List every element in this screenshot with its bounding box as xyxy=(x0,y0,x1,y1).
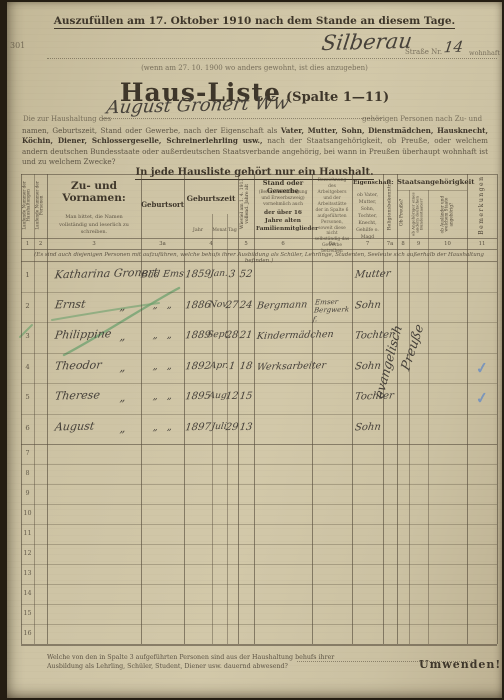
cell-remark-checkmark xyxy=(467,326,497,330)
table-hline xyxy=(21,584,497,585)
table-hline xyxy=(21,249,497,250)
row-number: 13 xyxy=(21,569,34,577)
street-no-handwritten: 14 xyxy=(443,38,465,56)
row-number: 15 xyxy=(21,609,34,617)
cell-age: 52 xyxy=(237,269,255,280)
row-number: 4 xyxy=(21,363,34,371)
table-vline xyxy=(141,174,142,644)
cell-name: Theodor xyxy=(54,358,102,372)
cell-employer xyxy=(314,358,351,359)
row-number: 5 xyxy=(21,393,34,401)
cell-birthplace: „ „ xyxy=(140,390,185,402)
table-hline xyxy=(21,353,497,354)
table-vline xyxy=(312,174,313,644)
name-rule-line xyxy=(102,118,382,119)
cell-name: Therese xyxy=(54,388,101,402)
scanned-census-form: { "document": { "top_instruction": "Ausz… xyxy=(0,0,504,700)
table-hline xyxy=(21,644,497,646)
column-number-5: 5 xyxy=(236,241,256,247)
cell-name-ditto: „ xyxy=(119,299,126,312)
document-paper: Auszufüllen am 17. Oktober 1910 nach dem… xyxy=(7,2,502,698)
col-header-religion: Religionsbekenntnis xyxy=(387,177,392,233)
page-title-suffix: (Spalte 1—11) xyxy=(286,90,389,105)
cell-occupation: Kindermädchen xyxy=(256,329,334,342)
cell-birthplace: „ „ xyxy=(140,421,185,433)
table-hline xyxy=(21,174,497,175)
col-header-names-title: Zu- und Vornamen: xyxy=(47,180,141,204)
table-hline xyxy=(397,190,467,191)
top-instruction: Auszufüllen am 17. Oktober 1910 nach dem… xyxy=(54,15,455,29)
col-header-birthdate: Geburtszeit xyxy=(184,194,238,203)
col-header-tag: Tag xyxy=(227,228,238,233)
col-header-names-sub: Man bittet, die Namen vollständig und le… xyxy=(51,214,137,237)
row-number: 12 xyxy=(21,549,34,557)
column-number-9: 9 xyxy=(409,241,429,247)
turn-over-label: Umwenden! xyxy=(419,658,501,671)
column-number-3: 3 xyxy=(84,241,104,247)
intro-body-plain: namen, Geburtszeit, Stand oder Gewerbe, … xyxy=(22,126,281,135)
col-header-occupation-bold: der über 16 Jahre alten Familienmitglied… xyxy=(256,210,310,233)
cell-birthplace: Bad Ems xyxy=(140,268,185,280)
col-header-age: Wieviel am 1. 4. 1913 vollend. Jahre alt xyxy=(241,174,251,234)
table-hline xyxy=(21,444,497,445)
cell-employer xyxy=(314,267,351,268)
table-hline xyxy=(21,564,497,565)
intro-after-name: gehörigen Personen nach Zu- und xyxy=(362,115,482,123)
cell-occupation: Bergmann xyxy=(256,299,308,311)
table-note: (Es sind auch diejenigen Personen mit au… xyxy=(23,252,495,264)
row-number: 1 xyxy=(21,271,34,279)
row-number: 8 xyxy=(21,469,34,477)
column-number-6: 6 xyxy=(273,241,293,247)
street-name-handwritten: Silberau xyxy=(320,29,413,55)
cell-name: August xyxy=(54,419,95,433)
row-number: 16 xyxy=(21,629,34,637)
street-rule-line xyxy=(47,58,497,59)
cell-employer xyxy=(314,389,351,390)
cell-employer: Emser Bergwerk f. xyxy=(312,297,352,323)
column-number-6a: 6a xyxy=(322,241,342,247)
cell-employer xyxy=(314,419,351,420)
col-header-occupation-sub: (Beruf, Beschäftigung und Erwerbszweig) … xyxy=(256,190,310,208)
cell-birthplace: „ „ xyxy=(140,329,185,341)
cell-name: Ernst xyxy=(54,297,86,311)
table-hline xyxy=(21,383,497,384)
column-number-10: 10 xyxy=(438,241,458,247)
table-vline xyxy=(352,174,353,644)
cell-remark-checkmark xyxy=(467,265,497,269)
table-hline xyxy=(21,604,497,605)
table-hline xyxy=(21,624,497,625)
cell-remark-checkmark: ✓ xyxy=(466,357,498,379)
cell-name-ditto: „ xyxy=(119,330,126,343)
table-hline xyxy=(21,414,497,415)
col-header-relation-sub: ob Vater, Mutter, Sohn, Tochter, Knecht,… xyxy=(354,192,381,241)
margin-page-number: 301 xyxy=(10,41,25,50)
cell-name-ditto: „ xyxy=(119,391,126,404)
street-no-label: Straße Nr. xyxy=(405,48,442,56)
cell-birthplace: „ „ xyxy=(140,360,185,372)
cell-name-ditto: „ xyxy=(119,421,126,434)
cell-remark-checkmark xyxy=(467,295,497,299)
table-hline xyxy=(21,504,497,505)
cell-relation: Sohn xyxy=(354,299,381,311)
table-vline xyxy=(497,174,498,644)
col-header-remarks: Bemerkungen xyxy=(479,175,485,235)
street-suffix: wohnhaft xyxy=(469,49,500,57)
column-number-11: 11 xyxy=(472,241,492,247)
column-number-2: 2 xyxy=(31,241,51,247)
col-header-nationality-title: Staatsangehörigkeit xyxy=(397,178,467,186)
col-header-prussian: Ob Preuße? xyxy=(401,190,406,234)
col-header-jahr: Jahr xyxy=(184,228,212,233)
footer-question-line2: Ausbildung als Lehrling, Schüler, Studen… xyxy=(47,663,288,670)
column-number-7: 7 xyxy=(358,241,378,247)
cell-birthplace: „ „ xyxy=(140,299,185,311)
row-number: 2 xyxy=(21,302,34,310)
row-number: 6 xyxy=(21,424,34,432)
street-note: (wenn am 27. 10. 1900 wo anders gewohnt,… xyxy=(7,64,502,72)
column-number-3a: 3a xyxy=(153,241,173,247)
cell-name-ditto: „ xyxy=(119,360,126,373)
householder-name-handwritten: August Gronert Ww xyxy=(105,93,290,119)
cell-name: Philippine xyxy=(54,327,112,341)
cell-age: 24 xyxy=(237,299,255,310)
column-number-4: 4 xyxy=(201,241,221,247)
col-header-other-german-state: ob Angehöriger eines andern deutschen Bu… xyxy=(412,192,425,236)
row-number: 14 xyxy=(21,589,34,597)
cell-age: 18 xyxy=(237,360,255,371)
col-header-foreigner: ob Ausländer und welchem Staate angehöri… xyxy=(440,193,453,237)
table-hline xyxy=(21,238,497,239)
cell-age: 15 xyxy=(237,391,255,402)
row-number: 11 xyxy=(21,529,34,537)
cell-relation: Mutter xyxy=(354,269,391,281)
col-header-birthplace: Geburtsort xyxy=(141,200,184,209)
cell-occupation: Werksarbeiter xyxy=(256,360,326,373)
cell-age: 13 xyxy=(237,421,255,432)
cell-remark-checkmark xyxy=(467,417,497,421)
row-number: 7 xyxy=(21,449,34,457)
top-instruction-wrap: Auszufüllen am 17. Oktober 1910 nach dem… xyxy=(7,9,502,28)
table-hline xyxy=(21,292,497,293)
col-header-row-number-households: Laufende Nummer der Haushaltungen xyxy=(23,176,32,234)
table-hline xyxy=(21,524,497,525)
row-number: 10 xyxy=(21,509,34,517)
footer-question-line1: Welche von den in Spalte 3 aufgeführten … xyxy=(47,654,334,661)
col-header-monat: Monat xyxy=(212,228,227,233)
cell-remark-checkmark: ✓ xyxy=(466,387,498,409)
col-header-row-number-persons: Laufende Nummer der Personen xyxy=(36,176,45,234)
cell-age: 21 xyxy=(237,330,255,341)
row-number: 9 xyxy=(21,489,34,497)
table-vline xyxy=(184,174,185,644)
col-header-relation-title: Eigenschaft: xyxy=(353,180,382,186)
row-number: 3 xyxy=(21,332,34,340)
intro-prefix: Die zur Haushaltung des xyxy=(23,115,111,123)
table-hline xyxy=(21,484,497,485)
table-hline xyxy=(21,544,497,545)
table-hline xyxy=(21,464,497,465)
